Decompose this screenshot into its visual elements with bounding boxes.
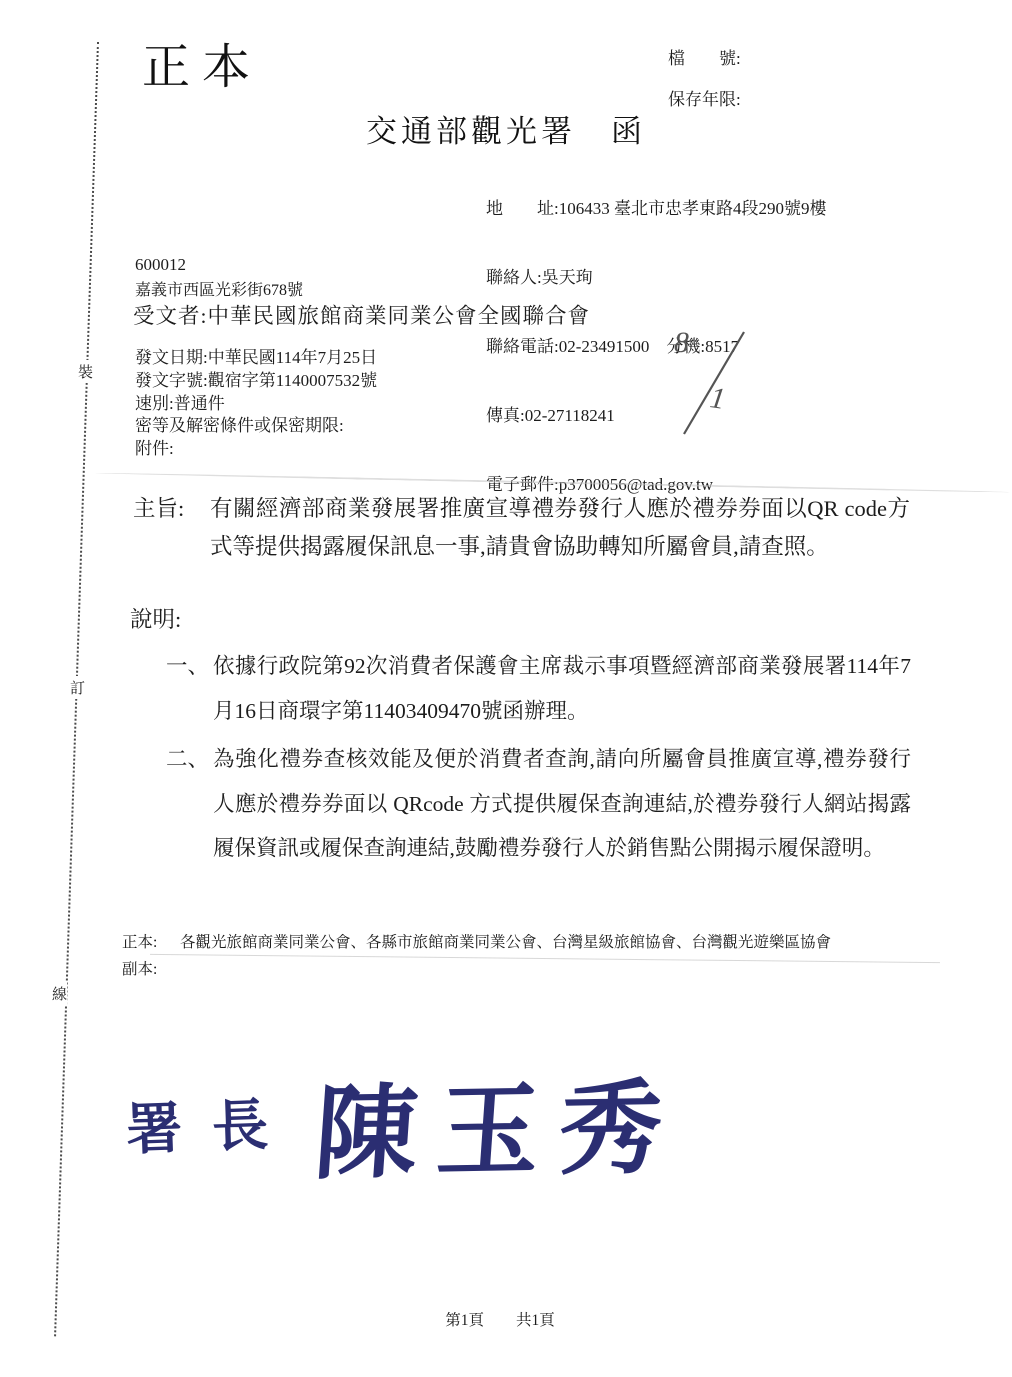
item-text: 依據行政院第92次消費者保護會主席裁示事項暨經濟部商業發展署114年7月16日商… (213, 644, 911, 733)
signer-title: 署長 (125, 1080, 300, 1166)
handwritten-mark: 8 1 (660, 326, 760, 438)
page-total: 共1頁 (516, 1312, 555, 1329)
dispatch-attachment: 附件: (135, 438, 377, 461)
original-copy-label: 正本: (122, 932, 180, 954)
explanation-items: 一、 依據行政院第92次消費者保護會主席裁示事項暨經濟部商業發展署114年7月1… (166, 644, 911, 875)
document-title: 交通部觀光署 函 (0, 106, 1012, 151)
handwritten-numerator: 8 (674, 326, 689, 360)
carbon-copy-row: 副本: (122, 959, 925, 981)
copy-type-stamp: 正本 (142, 28, 262, 97)
official-letter-page: 裝 訂 線 正本 檔 號: 保存年限: 交通部觀光署 函 地 址:106433 … (0, 0, 1012, 1377)
explanation-item-2: 二、 為強化禮券查核效能及便於消費者查詢,請向所屬會員推廣宣導,禮券發行人應於禮… (166, 737, 911, 871)
dispatch-speed: 速別:普通件 (135, 393, 377, 416)
subject-label: 主旨: (133, 490, 210, 566)
original-copy-recipients: 各觀光旅館商業同業公會、各縣市旅館商業同業公會、台灣星級旅館協會、台灣觀光遊樂區… (180, 932, 925, 954)
page-number: 第1頁 (445, 1312, 484, 1329)
carbon-copy-label: 副本: (122, 959, 180, 981)
margin-mark-binding: 裝 (78, 360, 93, 383)
carbon-copy-recipients (180, 959, 925, 981)
signer-name-signature: 陳玉秀 (311, 1047, 688, 1199)
subject-text: 有關經濟部商業發展署推廣宣導禮券發行人應於禮券券面以QR code方式等提供揭露… (210, 490, 910, 566)
explanation-label: 說明: (130, 602, 181, 634)
explanation-item-1: 一、 依據行政院第92次消費者保護會主席裁示事項暨經濟部商業發展署114年7月1… (166, 644, 911, 733)
dispatch-date: 發文日期:中華民國114年7月25日 (135, 347, 377, 370)
recipient-postal-code: 600012 (135, 255, 186, 275)
dispatch-security: 密等及解密條件或保密期限: (135, 415, 377, 438)
distribution-block: 正本: 各觀光旅館商業同業公會、各縣市旅館商業同業公會、台灣星級旅館協會、台灣觀… (122, 932, 925, 981)
signature-block: 署長 陳玉秀 (126, 1050, 682, 1196)
sender-fax: 傳真:02-27118241 (486, 404, 826, 427)
dispatch-number: 發文字號:觀宿字第1140007532號 (135, 370, 377, 393)
subject-block: 主旨: 有關經濟部商業發展署推廣宣導禮券發行人應於禮券券面以QR code方式等… (133, 490, 910, 566)
sender-phone: 聯絡電話:02-23491500 分機:8517 (486, 335, 826, 358)
item-number: 一、 (166, 644, 213, 733)
file-number-label: 檔 號: (668, 44, 741, 69)
original-copy-row: 正本: 各觀光旅館商業同業公會、各縣市旅館商業同業公會、台灣星級旅館協會、台灣觀… (122, 932, 925, 954)
recipient-line: 受文者:中華民國旅館商業同業公會全國聯合會 (133, 299, 590, 330)
dispatch-meta-block: 發文日期:中華民國114年7月25日 發文字號:觀宿字第1140007532號 … (135, 347, 377, 461)
margin-mark-stitch: 訂 (70, 676, 85, 699)
item-number: 二、 (166, 737, 213, 871)
item-text: 為強化禮券查核效能及便於消費者查詢,請向所屬會員推廣宣導,禮券發行人應於禮券券面… (213, 737, 911, 871)
page-footer: 第1頁 共1頁 (0, 1308, 1000, 1330)
sender-address: 地 址:106433 臺北市忠孝東路4段290號9樓 (486, 197, 826, 220)
margin-mark-line: 線 (52, 982, 67, 1005)
recipient-street-address: 嘉義市西區光彩街678號 (135, 277, 303, 300)
sender-contact-person: 聯絡人:吳天珣 (486, 266, 826, 289)
